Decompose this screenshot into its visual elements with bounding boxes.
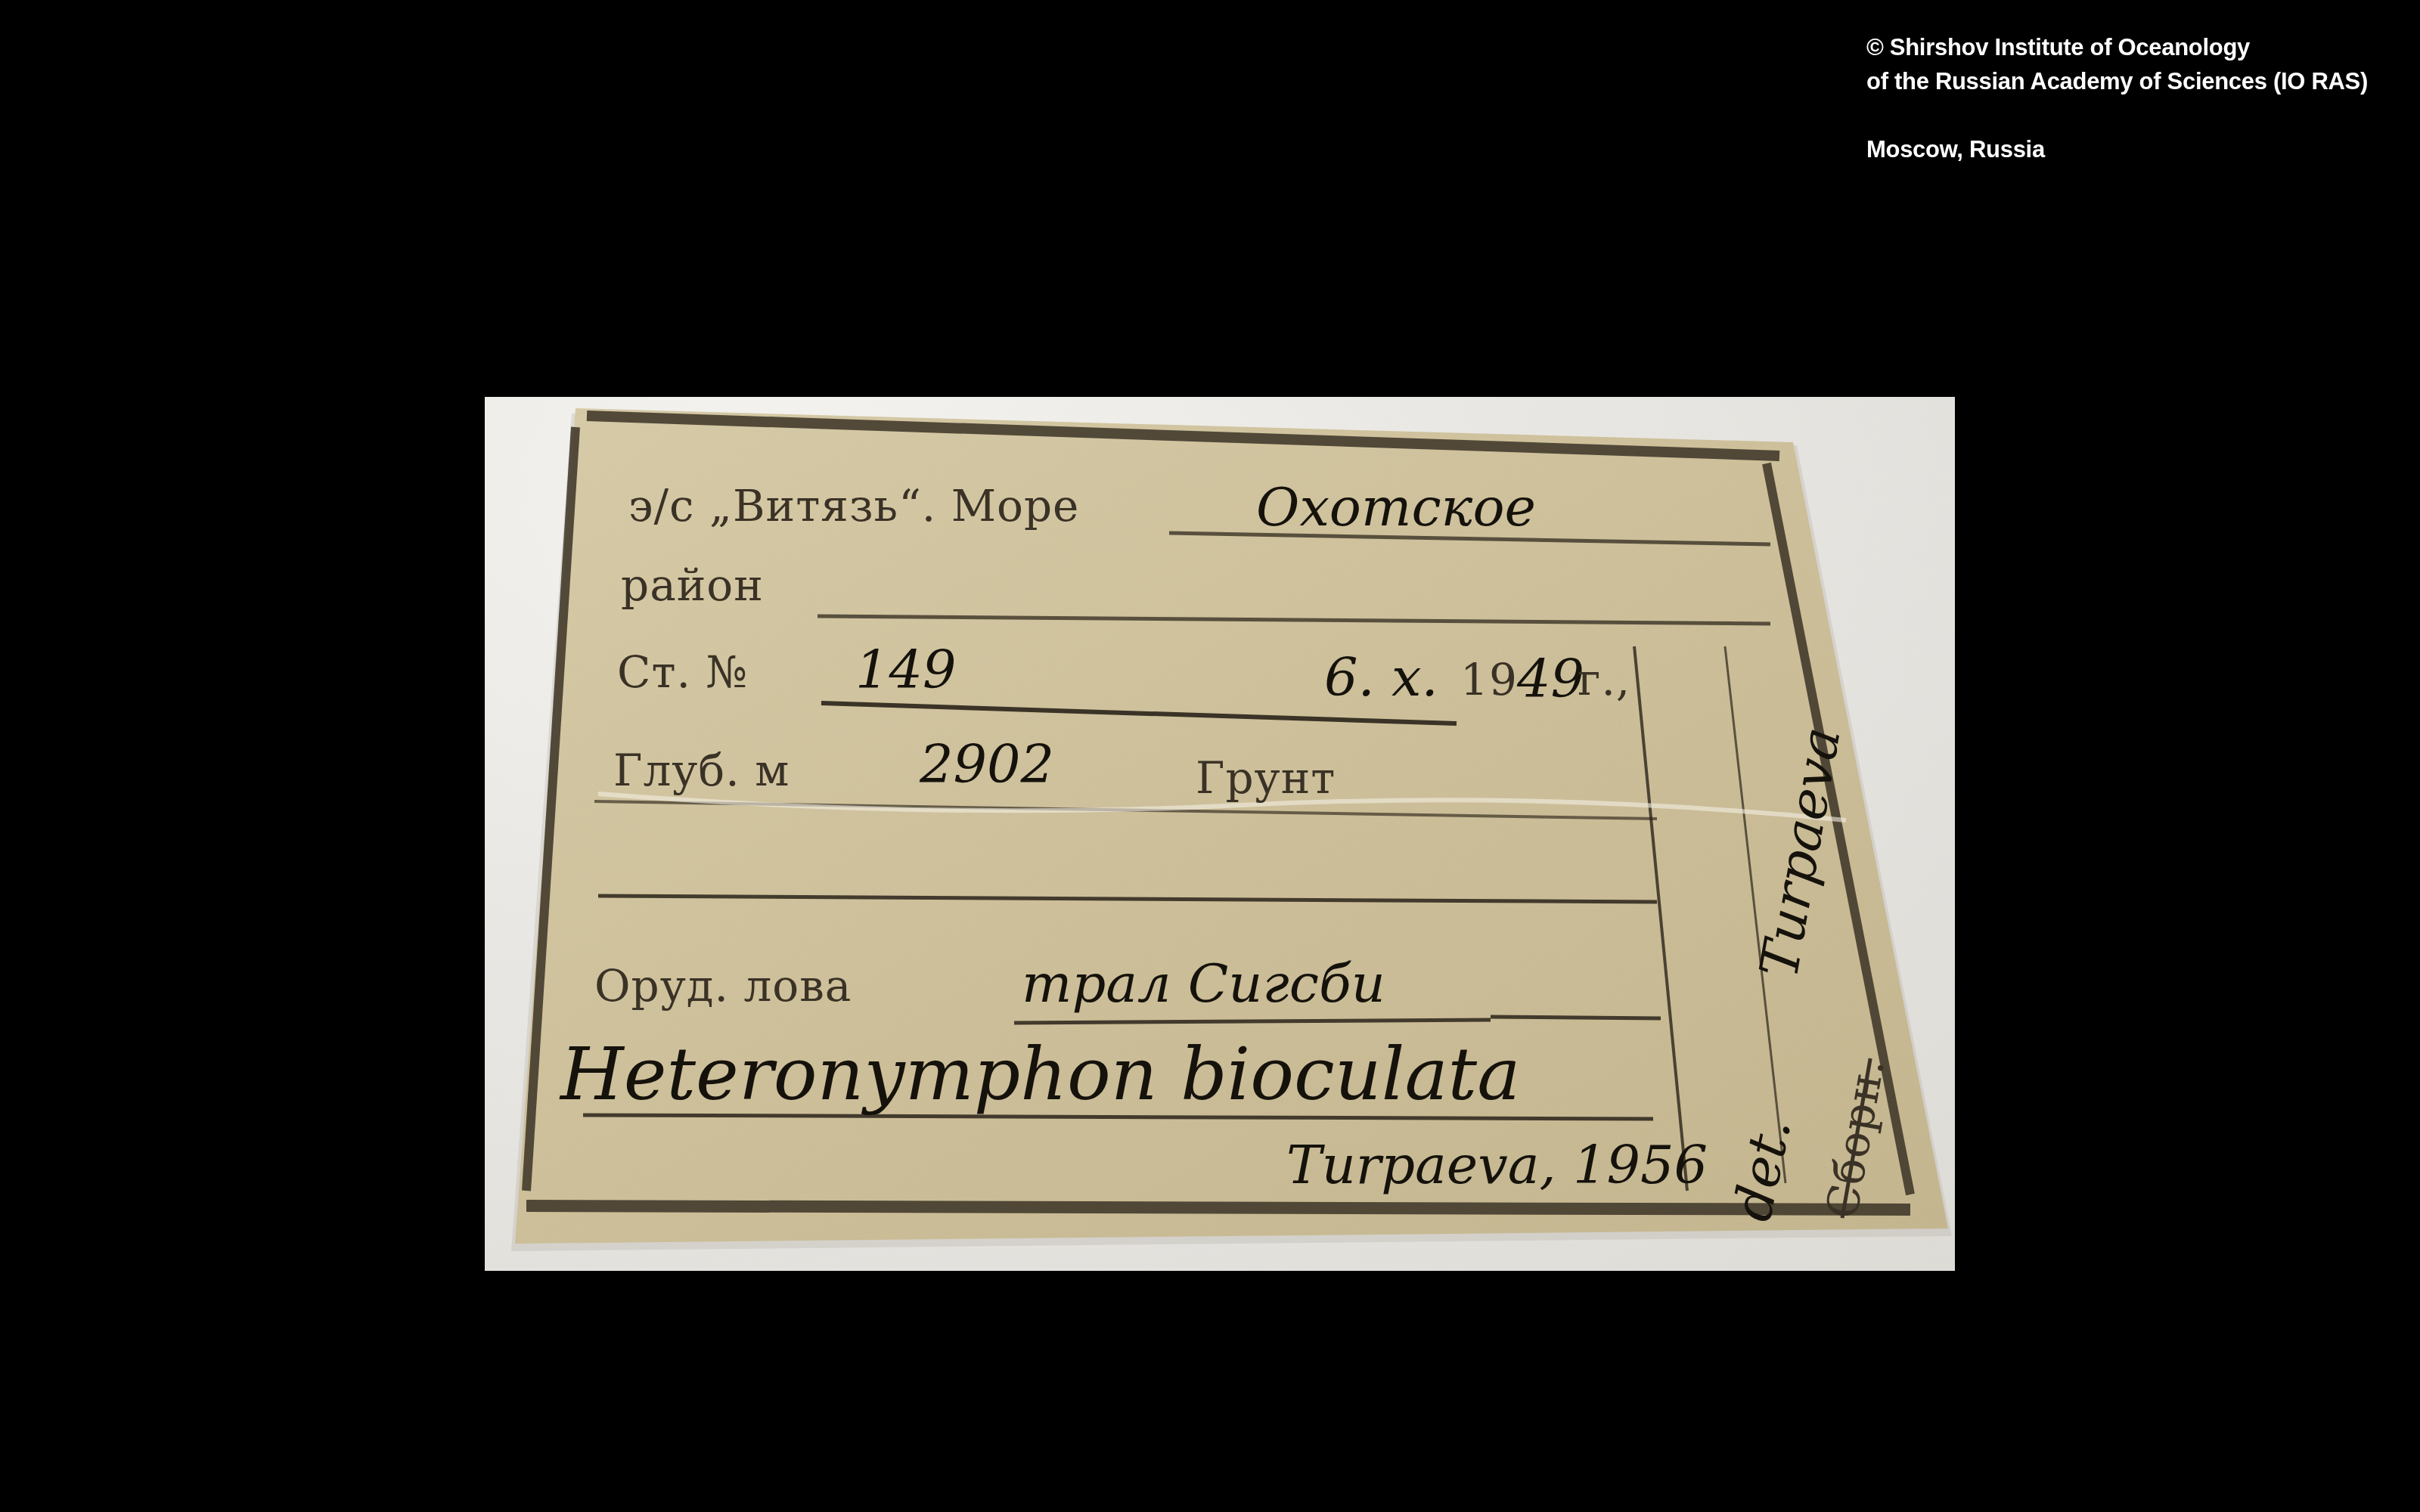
date-value: 6. x. bbox=[1324, 646, 1438, 708]
depth-label: Глуб. м bbox=[613, 745, 790, 796]
species-name: Heteronymphon bioculata bbox=[560, 1032, 1520, 1117]
district-label: район bbox=[621, 559, 764, 611]
year-value: 49 bbox=[1517, 648, 1584, 710]
gear-value: трал Сигсби bbox=[1022, 953, 1385, 1015]
gear-label: Оруд. лова bbox=[594, 960, 852, 1012]
vessel-label: э/с „Витязь“. Море bbox=[628, 480, 1079, 531]
specimen-label-photo: э/с „Витязь“. Море Охотское район Ст. № … bbox=[485, 397, 1955, 1271]
sea-value: Охотское bbox=[1256, 476, 1536, 538]
ground-label: Грунт bbox=[1196, 752, 1336, 804]
station-value: 149 bbox=[855, 639, 957, 701]
credit-line-location: Moscow, Russia bbox=[1866, 132, 2368, 166]
depth-value: 2902 bbox=[920, 733, 1054, 795]
identified-by: Turpaeva, 1956 bbox=[1286, 1134, 1708, 1196]
credit-line-academy: of the Russian Academy of Sciences (IO R… bbox=[1866, 64, 2368, 98]
copyright-credit: © Shirshov Institute of Oceanology of th… bbox=[1866, 30, 2368, 166]
station-label: Ст. № bbox=[617, 646, 748, 698]
credit-line-institute: © Shirshov Institute of Oceanology bbox=[1866, 30, 2368, 64]
year-suffix: г., bbox=[1578, 654, 1630, 705]
year-prefix: 19 bbox=[1460, 654, 1518, 705]
